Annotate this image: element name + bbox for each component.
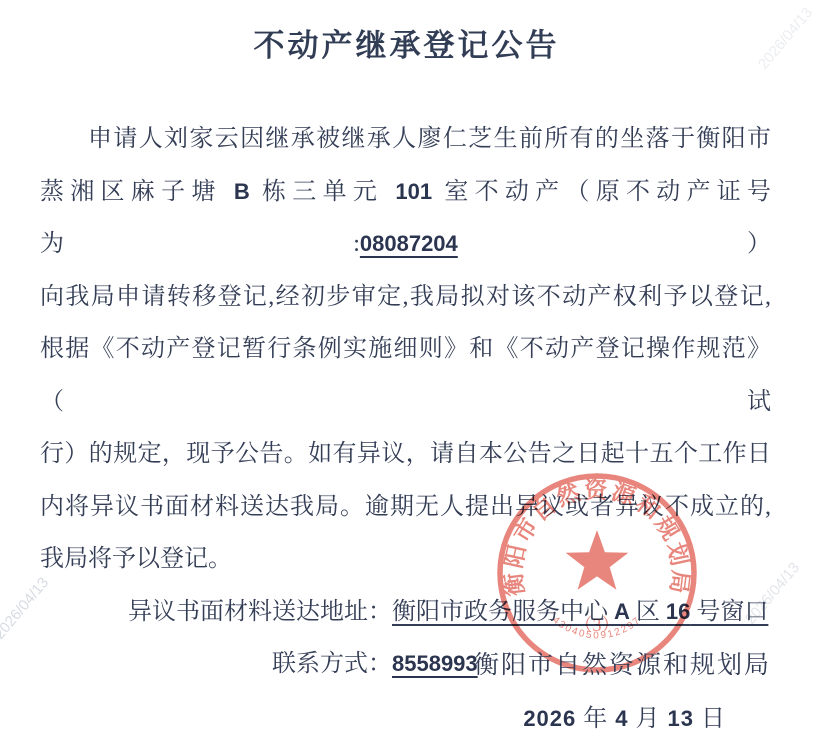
issue-date: 2026 年 4 月 13 日 (0, 698, 726, 733)
document-body: 申请人刘家云因继承被继承人廖仁芝生前所有的坐落于衡阳市 蒸湘区麻子塘 B 栋三单… (40, 113, 771, 691)
body-line-2-pre: 蒸湘区麻子塘 (40, 179, 234, 205)
issuer-name: 衡阳市自然资源和规划局 (0, 645, 771, 681)
body-line-2-close: ） (458, 231, 771, 257)
body-line-5: 行）的规定，现予公告。如有异议，请自本公告之日起十五个工作日 (40, 428, 771, 481)
window-number: 16 (666, 599, 690, 624)
address-value-pre: 衡阳市政务服务中心 (392, 599, 614, 625)
body-line-1: 申请人刘家云因继承被继承人廖仁芝生前所有的坐落于衡阳市 (40, 113, 771, 166)
address-line: 异议书面材料送达地址：衡阳市政务服务中心 A 区 16 号窗口 (40, 586, 771, 639)
address-value-mid: 区 (630, 599, 666, 625)
date-month: 4 (615, 706, 628, 731)
date-month-unit: 月 (629, 706, 668, 732)
address-value: 衡阳市政务服务中心 A 区 16 号窗口 (392, 599, 768, 625)
body-line-4: 根据《不动产登记暂行条例实施细则》和《不动产登记操作规范》（试 (40, 323, 771, 428)
room-number: 101 (395, 179, 432, 204)
date-day: 13 (668, 706, 694, 731)
body-line-6: 内将异议书面材料送达我局。逾期无人提出异议或者异议不成立的, (40, 481, 771, 534)
date-day-unit: 日 (694, 706, 726, 732)
certificate-number: 08087204 (360, 231, 458, 256)
building-number: B (234, 179, 250, 204)
body-line-3: 向我局申请转移登记,经初步审定,我局拟对该不动产权利予以登记, (40, 271, 771, 324)
announcement-document: 不动产继承登记公告 申请人刘家云因继承被继承人廖仁芝生前所有的坐落于衡阳市 蒸湘… (0, 0, 813, 738)
address-label: 异议书面材料送达地址： (128, 599, 392, 625)
date-year-unit: 年 (576, 706, 615, 732)
body-line-2: 蒸湘区麻子塘 B 栋三单元 101 室不动产（原不动产证号为:08087204） (40, 166, 771, 271)
document-title: 不动产继承登记公告 (0, 20, 813, 65)
date-year: 2026 (523, 706, 576, 731)
address-value-post: 号窗口 (690, 599, 768, 625)
body-line-2-mid: 栋三单元 (250, 179, 396, 205)
body-line-7: 我局将予以登记。 (40, 533, 771, 586)
zone-letter: A (614, 599, 630, 624)
